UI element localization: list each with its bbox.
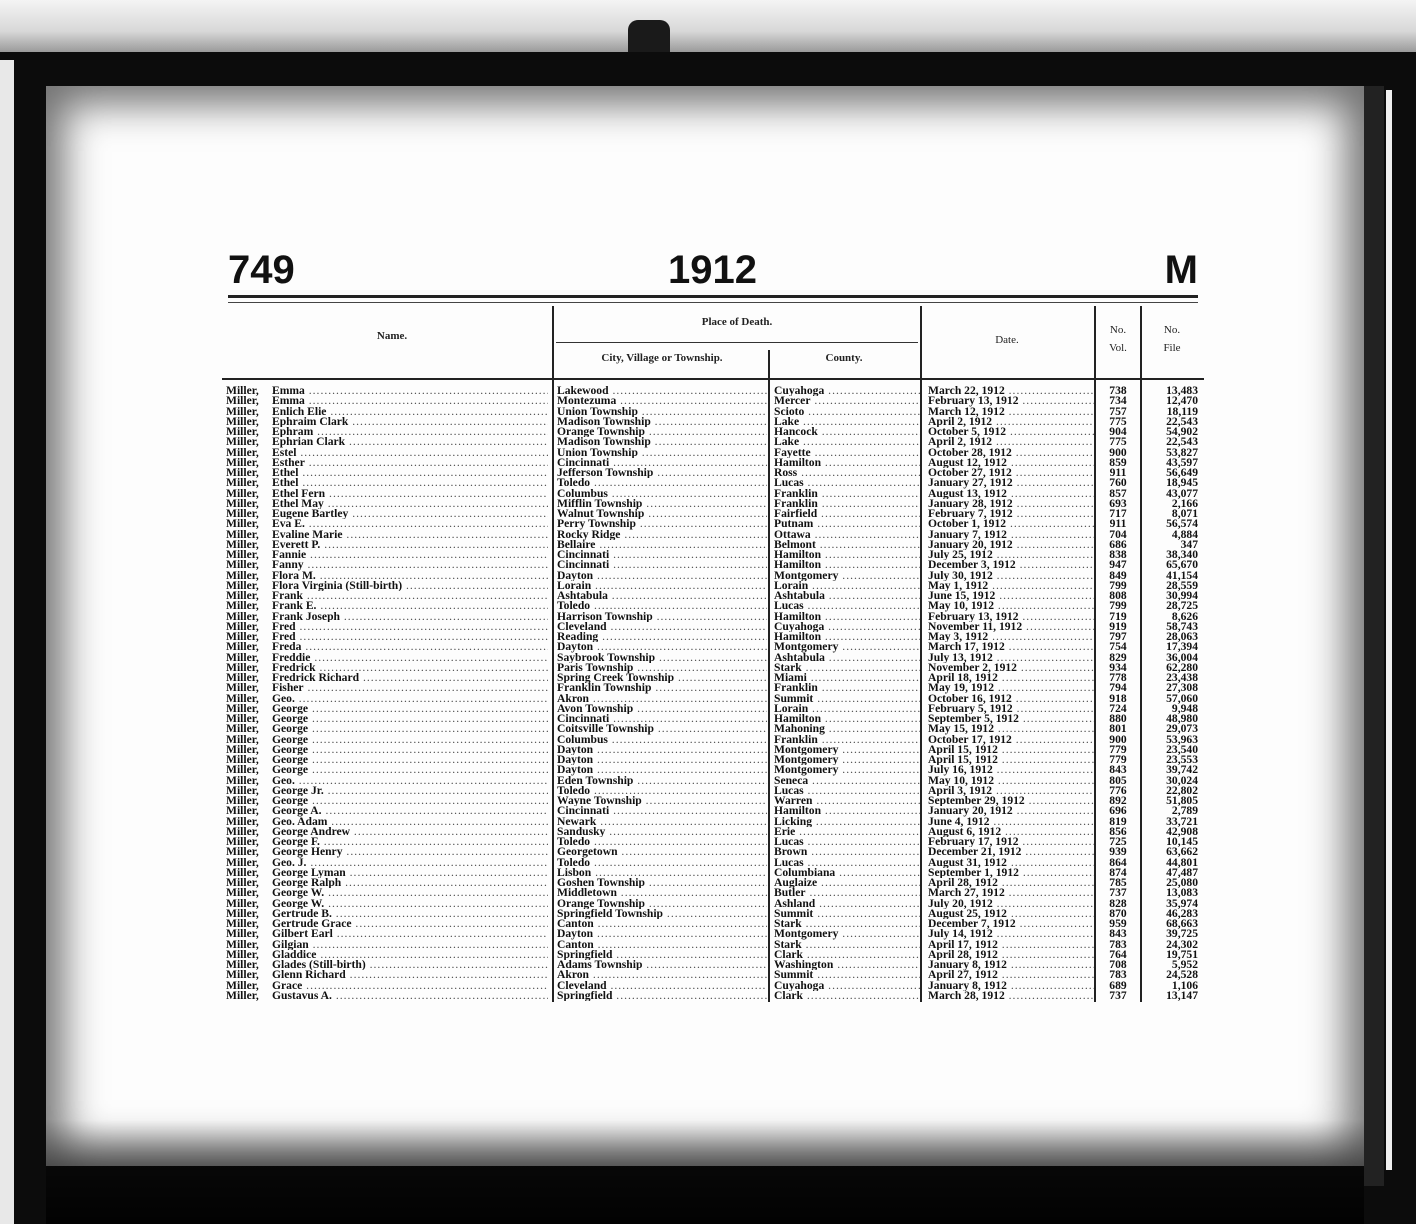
city-cell: Springfield <box>557 991 767 1001</box>
county-cell: Franklin <box>774 735 920 745</box>
table-row: Miller,Freda Dayton Montgomery March 17,… <box>222 642 1204 652</box>
table-row: Miller,Geo. Akron Summit October 16, 191… <box>222 694 1204 704</box>
volume-cell: 760 <box>1100 478 1136 488</box>
scan-top-margin <box>0 0 1416 52</box>
file-number-cell: 33,721 <box>1146 817 1198 827</box>
volume-cell: 947 <box>1100 560 1136 570</box>
date-cell: May 3, 1912 <box>928 632 1094 642</box>
given-name: Esther <box>272 458 305 468</box>
table-row: Miller,Gilgian Canton Stark April 17, 19… <box>222 940 1204 950</box>
page-header: 749 1912 M <box>228 248 1198 294</box>
city-cell: Union Township <box>557 448 767 458</box>
name-cell: Miller,Gilgian <box>226 940 548 950</box>
volume-cell: 918 <box>1100 694 1136 704</box>
city-cell: Orange Township <box>557 427 767 437</box>
city-cell: Toledo <box>557 786 767 796</box>
surname: Miller, <box>226 673 272 683</box>
county-cell: Summit <box>774 909 920 919</box>
city-cell: Springfield Township <box>557 909 767 919</box>
surname: Miller, <box>226 417 272 427</box>
given-name: Estel <box>272 448 296 458</box>
city-cell: Reading <box>557 632 767 642</box>
name-cell: Miller,George F. <box>226 837 548 847</box>
given-name: Frank <box>272 591 303 601</box>
city-cell: Sandusky <box>557 827 767 837</box>
surname: Miller, <box>226 878 272 888</box>
table-row: Miller,George Dayton Montgomery July 16,… <box>222 765 1204 775</box>
county-cell: Brown <box>774 847 920 857</box>
date-cell: December 3, 1912 <box>928 560 1094 570</box>
file-number-cell: 27,308 <box>1146 683 1198 693</box>
date-cell: August 13, 1912 <box>928 489 1094 499</box>
county-cell: Ashtabula <box>774 591 920 601</box>
county-cell: Hamilton <box>774 632 920 642</box>
surname: Miller, <box>226 591 272 601</box>
file-number-cell: 39,742 <box>1146 765 1198 775</box>
date-cell: March 27, 1912 <box>928 888 1094 898</box>
surname: Miller, <box>226 745 272 755</box>
volume-cell: 734 <box>1100 396 1136 406</box>
file-number-cell: 43,597 <box>1146 458 1198 468</box>
city-cell: Walnut Township <box>557 509 767 519</box>
given-name: Frank E. <box>272 601 316 611</box>
city-cell: Newark <box>557 817 767 827</box>
date-cell: September 29, 1912 <box>928 796 1094 806</box>
county-cell: Lorain <box>774 581 920 591</box>
name-cell: Miller,George <box>226 796 548 806</box>
date-cell: January 8, 1912 <box>928 960 1094 970</box>
date-cell: February 5, 1912 <box>928 704 1094 714</box>
date-cell: May 19, 1912 <box>928 683 1094 693</box>
given-name: Gertrude B. <box>272 909 332 919</box>
name-cell: Miller,Emma <box>226 396 548 406</box>
name-cell: Miller,George Andrew <box>226 827 548 837</box>
name-cell: Miller,Evaline Marie <box>226 530 548 540</box>
city-cell: Georgetown <box>557 847 767 857</box>
city-cell: Goshen Township <box>557 878 767 888</box>
table-row: Miller,Estel Union Township Fayette Octo… <box>222 448 1204 458</box>
given-name: Gladdice <box>272 950 316 960</box>
column-header-vol: No. Vol. <box>1096 324 1140 354</box>
file-number-cell: 22,802 <box>1146 786 1198 796</box>
page-year: 1912 <box>668 248 757 293</box>
volume-cell: 864 <box>1100 858 1136 868</box>
date-cell: March 12, 1912 <box>928 407 1094 417</box>
table-row: Miller,Frank Joseph Harrison Township Ha… <box>222 612 1204 622</box>
county-cell: Clark <box>774 950 920 960</box>
column-header-file: No. File <box>1142 324 1202 354</box>
county-cell: Belmont <box>774 540 920 550</box>
column-header-rule <box>222 378 1204 380</box>
county-cell: Lucas <box>774 837 920 847</box>
given-name: Gertrude Grace <box>272 919 352 929</box>
table-row: Miller,Ethel Jefferson Township Ross Oct… <box>222 468 1204 478</box>
file-number-cell: 53,963 <box>1146 735 1198 745</box>
file-number-cell: 5,952 <box>1146 960 1198 970</box>
county-cell: Miami <box>774 673 920 683</box>
column-header-date: Date. <box>922 334 1092 346</box>
table-row: Miller,Eugene Bartley Walnut Township Fa… <box>222 509 1204 519</box>
city-cell: Toledo <box>557 601 767 611</box>
city-cell: Dayton <box>557 571 767 581</box>
table-row: Miller,Flora M. Dayton Montgomery July 3… <box>222 571 1204 581</box>
volume-cell: 808 <box>1100 591 1136 601</box>
given-name: George Ralph <box>272 878 341 888</box>
city-cell: Akron <box>557 694 767 704</box>
file-header-line2: File <box>1142 342 1202 354</box>
county-cell: Summit <box>774 694 920 704</box>
date-cell: July 20, 1912 <box>928 899 1094 909</box>
file-header-line1: No. <box>1142 324 1202 336</box>
given-name: Enlich Elie <box>272 407 326 417</box>
date-cell: January 28, 1912 <box>928 499 1094 509</box>
surname: Miller, <box>226 735 272 745</box>
given-name: Flora Virginia (Still-birth) <box>272 581 402 591</box>
page-right-line <box>1386 90 1392 1170</box>
city-cell: Cincinnati <box>557 714 767 724</box>
table-row: Miller,George Henry Georgetown Brown Dec… <box>222 847 1204 857</box>
volume-cell: 686 <box>1100 540 1136 550</box>
date-cell: April 28, 1912 <box>928 878 1094 888</box>
city-cell: Coitsville Township <box>557 724 767 734</box>
file-number-cell: 4,884 <box>1146 530 1198 540</box>
name-cell: Miller,Ephrian Clark <box>226 437 548 447</box>
date-cell: March 28, 1912 <box>928 991 1094 1001</box>
surname: Miller, <box>226 448 272 458</box>
table-row: Miller,George F. Toledo Lucas February 1… <box>222 837 1204 847</box>
table-row: Miller,Fannie Cincinnati Hamilton July 2… <box>222 550 1204 560</box>
given-name: Fannie <box>272 550 306 560</box>
surname: Miller, <box>226 786 272 796</box>
name-cell: Miller,Ethel Fern <box>226 489 548 499</box>
city-cell: Cincinnati <box>557 550 767 560</box>
table-row: Miller,Frank Ashtabula Ashtabula June 15… <box>222 591 1204 601</box>
place-header-rule <box>556 342 918 343</box>
surname: Miller, <box>226 981 272 991</box>
city-cell: Cincinnati <box>557 458 767 468</box>
volume-cell: 859 <box>1100 458 1136 468</box>
given-name: Glades (Still-birth) <box>272 960 366 970</box>
name-cell: Miller,George Jr. <box>226 786 548 796</box>
surname: Miller, <box>226 427 272 437</box>
city-cell: Rocky Ridge <box>557 530 767 540</box>
column-header-county: County. <box>770 352 918 364</box>
volume-cell: 779 <box>1100 755 1136 765</box>
city-cell: Columbus <box>557 489 767 499</box>
surname: Miller, <box>226 642 272 652</box>
date-cell: May 1, 1912 <box>928 581 1094 591</box>
county-cell: Cuyahoga <box>774 386 920 396</box>
volume-cell: 829 <box>1100 653 1136 663</box>
given-name: George <box>272 704 308 714</box>
given-name: Fredrick Richard <box>272 673 359 683</box>
date-cell: December 7, 1912 <box>928 919 1094 929</box>
surname: Miller, <box>226 724 272 734</box>
city-cell: Madison Township <box>557 417 767 427</box>
volume-cell: 874 <box>1100 868 1136 878</box>
volume-cell: 717 <box>1100 509 1136 519</box>
county-cell: Warren <box>774 796 920 806</box>
volume-cell: 801 <box>1100 724 1136 734</box>
county-cell: Ashtabula <box>774 653 920 663</box>
given-name: Freddie <box>272 653 310 663</box>
city-cell: Union Township <box>557 407 767 417</box>
surname: Miller, <box>226 858 272 868</box>
given-name: George W. <box>272 888 324 898</box>
date-cell: April 17, 1912 <box>928 940 1094 950</box>
surname: Miller, <box>226 776 272 786</box>
name-cell: Miller,Ethel <box>226 478 548 488</box>
file-number-cell: 28,063 <box>1146 632 1198 642</box>
header-rule <box>228 295 1198 303</box>
name-cell: Miller,Glades (Still-birth) <box>226 960 548 970</box>
surname: Miller, <box>226 847 272 857</box>
name-cell: Miller,Gilbert Earl <box>226 929 548 939</box>
surname: Miller, <box>226 509 272 519</box>
name-cell: Miller,Geo. <box>226 694 548 704</box>
name-cell: Miller,Flora Virginia (Still-birth) <box>226 581 548 591</box>
county-cell: Columbiana <box>774 868 920 878</box>
surname: Miller, <box>226 868 272 878</box>
name-cell: Miller,George <box>226 745 548 755</box>
given-name: Gilbert Earl <box>272 929 333 939</box>
city-cell: Lisbon <box>557 868 767 878</box>
file-number-cell: 38,340 <box>1146 550 1198 560</box>
file-number-cell: 41,154 <box>1146 571 1198 581</box>
volume-cell: 785 <box>1100 878 1136 888</box>
surname: Miller, <box>226 909 272 919</box>
county-cell: Stark <box>774 919 920 929</box>
city-cell: Mifflin Township <box>557 499 767 509</box>
table-row: Miller,Frank E. Toledo Lucas May 10, 191… <box>222 601 1204 611</box>
date-cell: April 15, 1912 <box>928 745 1094 755</box>
file-number-cell: 36,004 <box>1146 653 1198 663</box>
volume-cell: 794 <box>1100 683 1136 693</box>
given-name: George <box>272 755 308 765</box>
surname: Miller, <box>226 683 272 693</box>
file-number-cell: 63,662 <box>1146 847 1198 857</box>
file-number-cell: 2,166 <box>1146 499 1198 509</box>
surname: Miller, <box>226 694 272 704</box>
file-number-cell: 35,974 <box>1146 899 1198 909</box>
volume-cell: 934 <box>1100 663 1136 673</box>
county-cell: Lucas <box>774 601 920 611</box>
table-row: Miller,George Wayne Township Warren Sept… <box>222 796 1204 806</box>
volume-cell: 904 <box>1100 427 1136 437</box>
date-cell: January 8, 1912 <box>928 981 1094 991</box>
county-cell: Fayette <box>774 448 920 458</box>
table-row: Miller,Fanny Cincinnati Hamilton Decembe… <box>222 560 1204 570</box>
surname: Miller, <box>226 407 272 417</box>
file-number-cell: 8,626 <box>1146 612 1198 622</box>
page-right-border <box>1364 86 1384 1186</box>
column-header-place-of-death: Place of Death. <box>556 316 918 328</box>
volume-cell: 754 <box>1100 642 1136 652</box>
table-row: Miller,Enlich Elie Union Township Scioto… <box>222 407 1204 417</box>
surname: Miller, <box>226 755 272 765</box>
given-name: George Lyman <box>272 868 346 878</box>
table-row: Miller,George Dayton Montgomery April 15… <box>222 755 1204 765</box>
file-number-cell: 18,945 <box>1146 478 1198 488</box>
county-cell: Montgomery <box>774 765 920 775</box>
file-number-cell: 347 <box>1146 540 1198 550</box>
table-row: Miller,Glenn Richard Akron Summit April … <box>222 970 1204 980</box>
table-row: Miller,Fredrick Richard Spring Creek Tow… <box>222 673 1204 683</box>
given-name: Eva E. <box>272 519 305 529</box>
county-cell: Cuyahoga <box>774 981 920 991</box>
county-cell: Cuyahoga <box>774 622 920 632</box>
table-row: Miller,Ephram Orange Township Hancock Oc… <box>222 427 1204 437</box>
file-number-cell: 48,980 <box>1146 714 1198 724</box>
city-cell: Harrison Township <box>557 612 767 622</box>
table-row: Miller,Esther Cincinnati Hamilton August… <box>222 458 1204 468</box>
volume-cell: 776 <box>1100 786 1136 796</box>
given-name: Geo. <box>272 776 295 786</box>
file-number-cell: 23,540 <box>1146 745 1198 755</box>
date-cell: April 2, 1912 <box>928 437 1094 447</box>
county-cell: Lorain <box>774 704 920 714</box>
table-body: Miller,Emma Lakewood Cuyahoga March 22, … <box>222 386 1204 1001</box>
date-cell: July 16, 1912 <box>928 765 1094 775</box>
given-name: George <box>272 735 308 745</box>
surname: Miller, <box>226 837 272 847</box>
date-cell: July 13, 1912 <box>928 653 1094 663</box>
name-cell: Miller,Ephraim Clark <box>226 417 548 427</box>
index-letter: M <box>1165 248 1198 293</box>
given-name: Fred <box>272 632 296 642</box>
table-row: Miller,George W. Orange Township Ashland… <box>222 899 1204 909</box>
table-row: Miller,George Andrew Sandusky Erie Augus… <box>222 827 1204 837</box>
date-cell: March 22, 1912 <box>928 386 1094 396</box>
volume-cell: 737 <box>1100 888 1136 898</box>
city-cell: Columbus <box>557 735 767 745</box>
name-cell: Miller,George A. <box>226 806 548 816</box>
table-row: Miller,Ethel May Mifflin Township Frankl… <box>222 499 1204 509</box>
table-row: Miller,Gertrude Grace Canton Stark Decem… <box>222 919 1204 929</box>
county-cell: Lake <box>774 417 920 427</box>
volume-cell: 856 <box>1100 827 1136 837</box>
table-row: Miller,Ephraim Clark Madison Township La… <box>222 417 1204 427</box>
county-cell: Montgomery <box>774 571 920 581</box>
surname: Miller, <box>226 714 272 724</box>
given-name: Evaline Marie <box>272 530 343 540</box>
name-cell: Miller,Everett P. <box>226 540 548 550</box>
county-cell: Washington <box>774 960 920 970</box>
date-cell: October 27, 1912 <box>928 468 1094 478</box>
county-cell: Hamilton <box>774 560 920 570</box>
date-cell: March 17, 1912 <box>928 642 1094 652</box>
volume-cell: 870 <box>1100 909 1136 919</box>
given-name: Geo. J. <box>272 858 306 868</box>
county-cell: Franklin <box>774 683 920 693</box>
volume-cell: 919 <box>1100 622 1136 632</box>
given-name: Fisher <box>272 683 304 693</box>
date-cell: February 13, 1912 <box>928 612 1094 622</box>
date-cell: January 20, 1912 <box>928 806 1094 816</box>
date-cell: August 12, 1912 <box>928 458 1094 468</box>
city-cell: Cleveland <box>557 622 767 632</box>
file-number-cell: 12,470 <box>1146 396 1198 406</box>
given-name: George <box>272 724 308 734</box>
date-cell: April 15, 1912 <box>928 755 1094 765</box>
name-cell: Miller,George <box>226 765 548 775</box>
volume-cell: 838 <box>1100 550 1136 560</box>
city-cell: Paris Township <box>557 663 767 673</box>
volume-cell: 775 <box>1100 437 1136 447</box>
surname: Miller, <box>226 396 272 406</box>
vol-header-line1: No. <box>1096 324 1140 336</box>
table-row: Miller,Emma Lakewood Cuyahoga March 22, … <box>222 386 1204 396</box>
name-cell: Miller,Estel <box>226 448 548 458</box>
given-name: Freda <box>272 642 301 652</box>
column-header-city: City, Village or Township. <box>556 352 768 364</box>
city-cell: Perry Township <box>557 519 767 529</box>
date-cell: January 7, 1912 <box>928 530 1094 540</box>
date-cell: April 28, 1912 <box>928 950 1094 960</box>
city-cell: Springfield <box>557 950 767 960</box>
file-number-cell: 57,060 <box>1146 694 1198 704</box>
volume-cell: 911 <box>1100 468 1136 478</box>
city-cell: Toledo <box>557 478 767 488</box>
date-cell: July 14, 1912 <box>928 929 1094 939</box>
table-row: Miller,Freddie Saybrook Township Ashtabu… <box>222 653 1204 663</box>
surname: Miller, <box>226 478 272 488</box>
surname: Miller, <box>226 550 272 560</box>
date-cell: August 6, 1912 <box>928 827 1094 837</box>
date-cell: September 5, 1912 <box>928 714 1094 724</box>
name-cell: Miller,George <box>226 714 548 724</box>
city-cell: Canton <box>557 940 767 950</box>
county-cell: Auglaize <box>774 878 920 888</box>
date-cell: October 28, 1912 <box>928 448 1094 458</box>
table-row: Miller,Evaline Marie Rocky Ridge Ottawa … <box>222 530 1204 540</box>
table-row: Miller,Gladdice Springfield Clark April … <box>222 950 1204 960</box>
surname: Miller, <box>226 704 272 714</box>
name-cell: Miller,Fisher <box>226 683 548 693</box>
name-cell: Miller,Fred <box>226 622 548 632</box>
surname: Miller, <box>226 437 272 447</box>
county-cell: Hamilton <box>774 612 920 622</box>
surname: Miller, <box>226 612 272 622</box>
date-cell: February 7, 1912 <box>928 509 1094 519</box>
file-number-cell: 47,487 <box>1146 868 1198 878</box>
table-row: Miller,Flora Virginia (Still-birth) Lora… <box>222 581 1204 591</box>
city-cell: Dayton <box>557 745 767 755</box>
county-cell: Montgomery <box>774 642 920 652</box>
table-row: Miller,Glades (Still-birth) Adams Townsh… <box>222 960 1204 970</box>
volume-cell: 900 <box>1100 735 1136 745</box>
date-cell: October 17, 1912 <box>928 735 1094 745</box>
given-name: Ethel <box>272 478 298 488</box>
given-name: Fanny <box>272 560 304 570</box>
date-cell: April 3, 1912 <box>928 786 1094 796</box>
table-row: Miller,George Dayton Montgomery April 15… <box>222 745 1204 755</box>
name-cell: Miller,Gustavus A. <box>226 991 548 1001</box>
given-name: Emma <box>272 396 305 406</box>
surname: Miller, <box>226 601 272 611</box>
scan-bottom-shadow <box>46 1120 1364 1224</box>
file-number-cell: 13,083 <box>1146 888 1198 898</box>
county-cell: Mercer <box>774 396 920 406</box>
table-row: Miller,George Jr. Toledo Lucas April 3, … <box>222 786 1204 796</box>
surname: Miller, <box>226 991 272 1001</box>
name-cell: Miller,Gladdice <box>226 950 548 960</box>
volume-cell: 779 <box>1100 745 1136 755</box>
surname: Miller, <box>226 796 272 806</box>
file-number-cell: 19,751 <box>1146 950 1198 960</box>
table-row: Miller,Fisher Franklin Township Franklin… <box>222 683 1204 693</box>
city-cell: Dayton <box>557 765 767 775</box>
